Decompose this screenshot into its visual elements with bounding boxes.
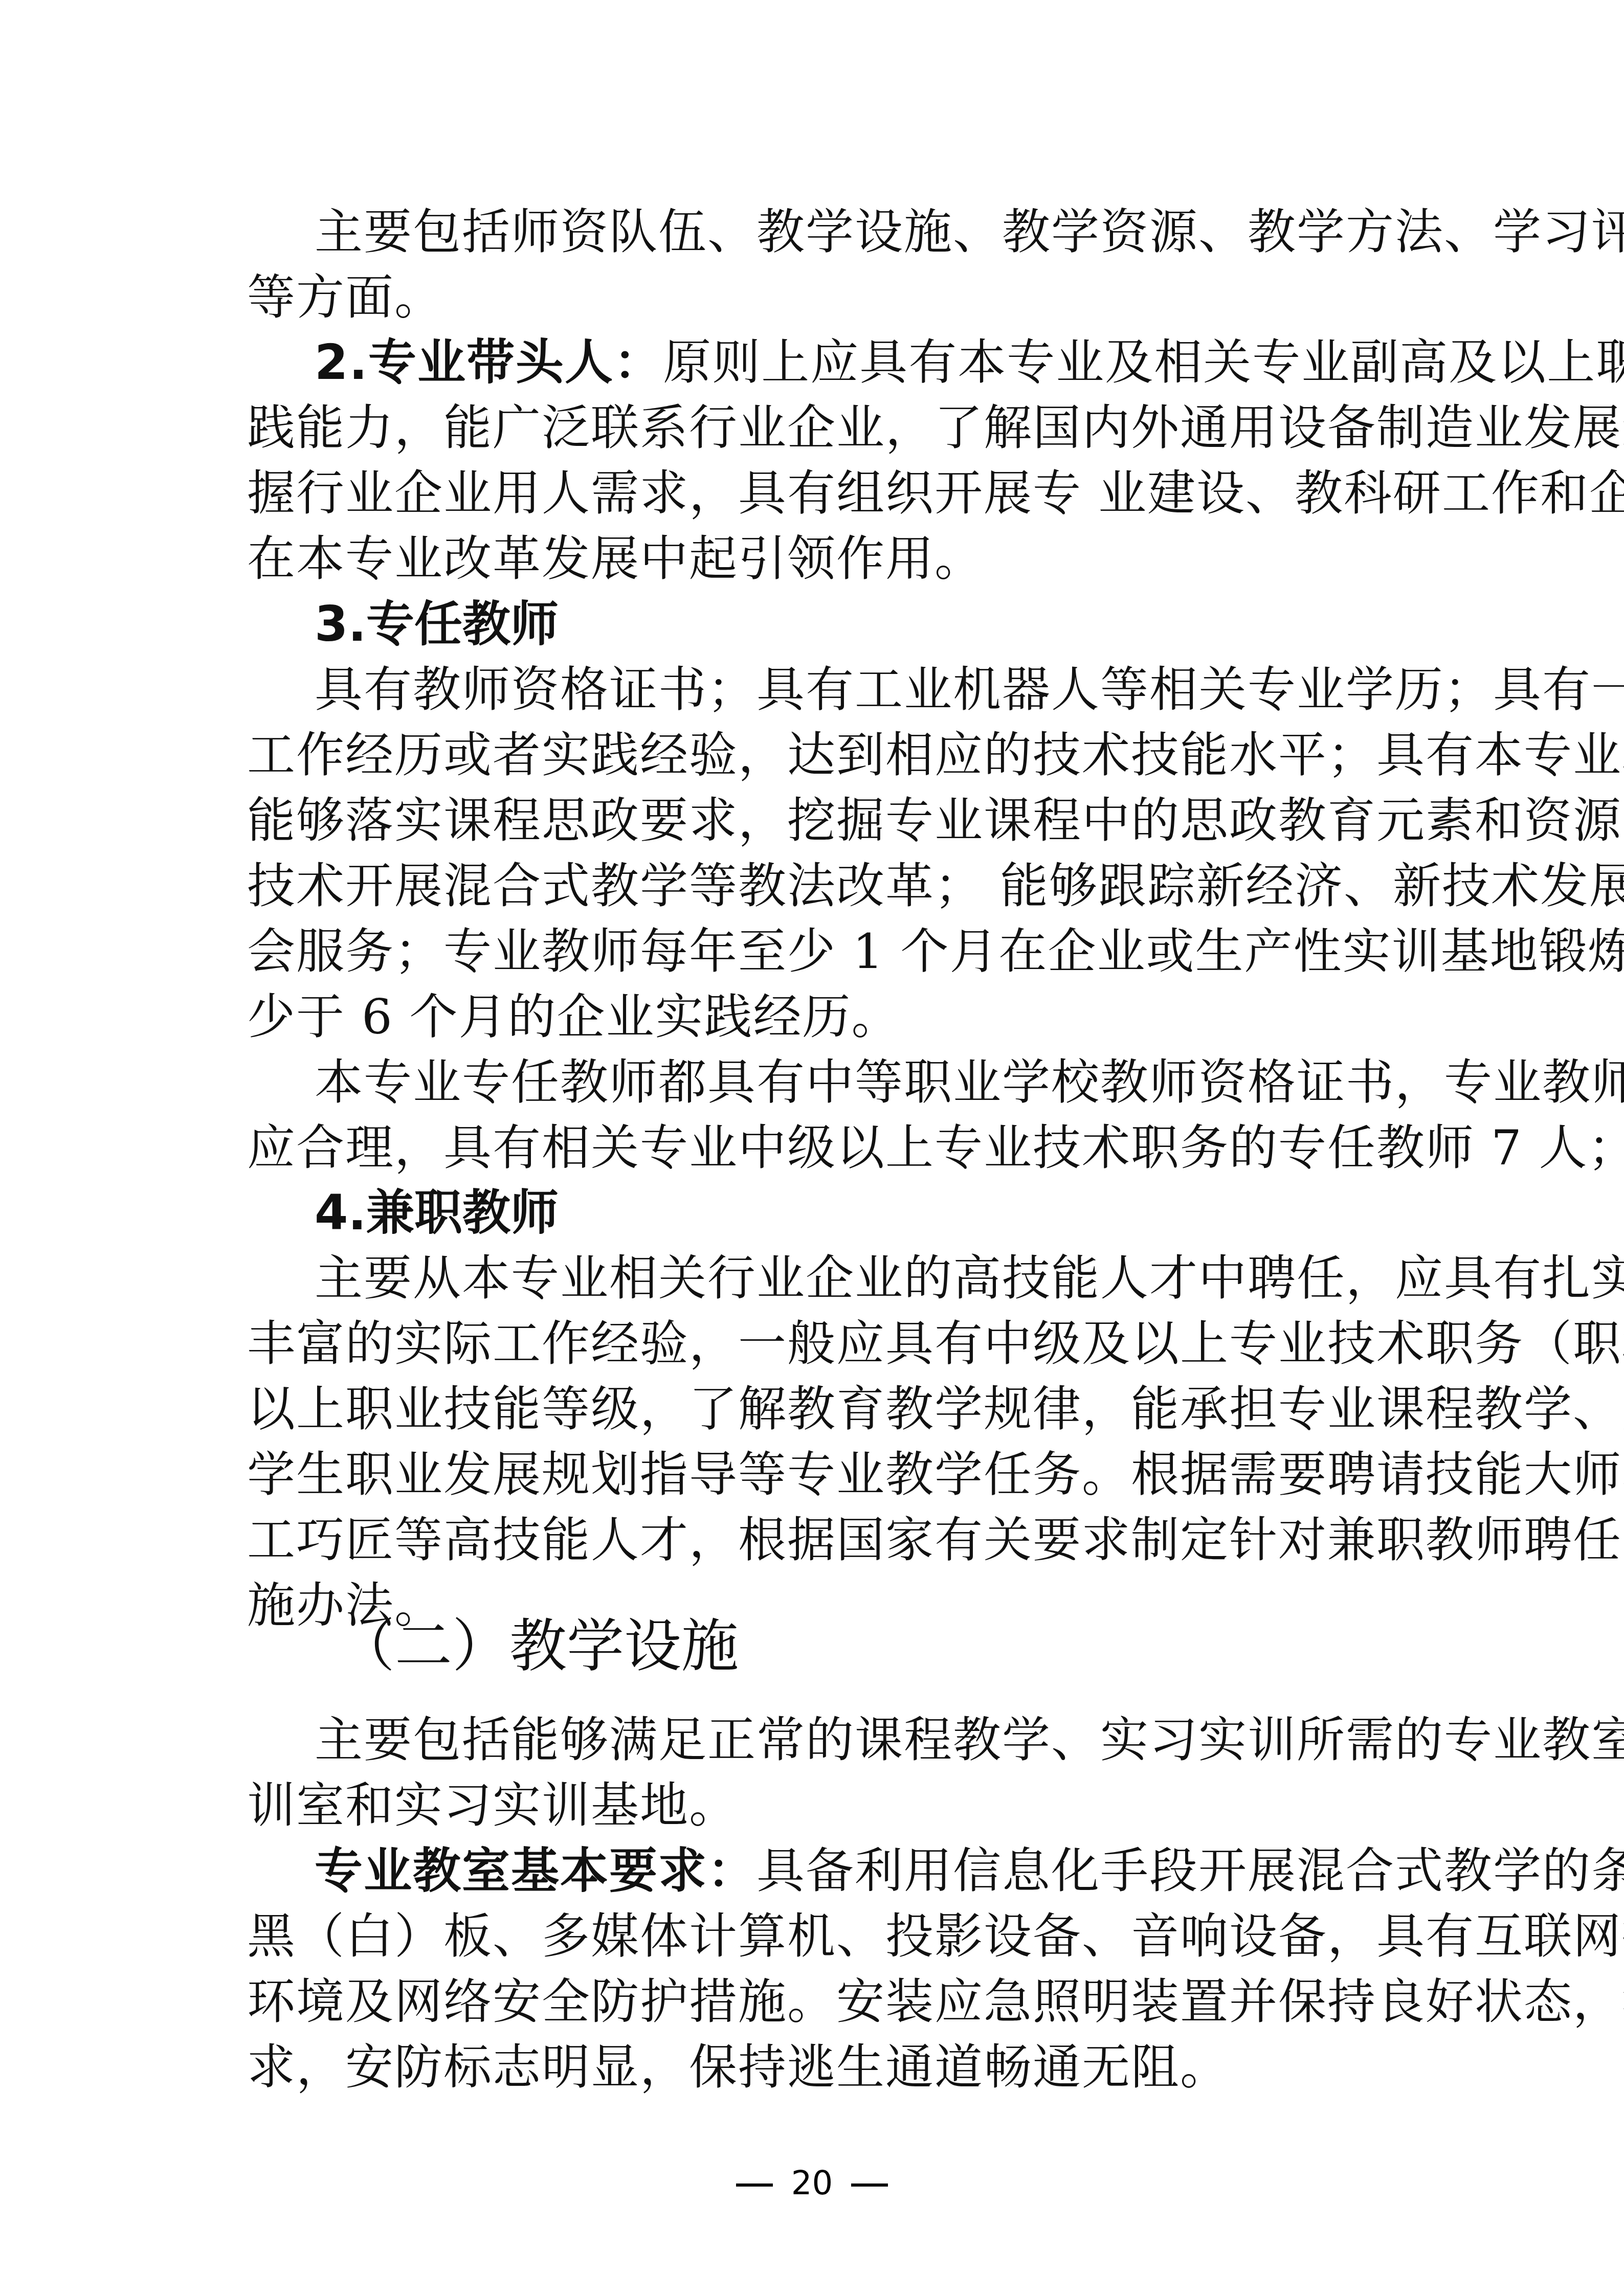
paragraph-full-time-line-2: 工作经历或者实践经验，达到相应的技术技能水平；具有本专业理论和实践能力；	[247, 723, 1383, 789]
paragraph-lead-teacher-line-4: 在本专业改革发展中起引领作用。	[247, 527, 1383, 592]
paragraph-part-time-line-5: 工巧匠等高技能人才，根据国家有关要求制定针对兼职教师聘任与管理的具体实	[247, 1508, 1383, 1573]
paragraph-part-time-line-3: 以上职业技能等级，了解教育教学规律，能承担专业课程教学、实习实训指导和	[247, 1377, 1383, 1443]
section-heading-teaching-facilities: （二）教学设施	[338, 1608, 739, 1685]
paragraph-staffing-line-1: 本专业专任教师都具有中等职业学校教师资格证书，专业教师学历职称结构	[315, 1050, 1383, 1116]
paragraph-intro-line-1: 主要包括师资队伍、教学设施、教学资源、教学方法、学习评价、质量管理	[315, 200, 1383, 265]
paragraph-lead-teacher-line-3: 握行业企业用人需求，具有组织开展专 业建设、教科研工作和企业服务的能力，	[247, 461, 1383, 527]
paragraph-full-time-line-1: 具有教师资格证书；具有工业机器人等相关专业学历；具有一定年限的相应	[315, 658, 1383, 723]
paragraph-full-time-line-4: 技术开展混合式教学等教法改革； 能够跟踪新经济、新技术发展前沿，开展社	[247, 854, 1383, 919]
paragraph-part-time-line-2: 丰富的实际工作经验，一般应具有中级及以上专业技术职务（职称）或高级工及	[247, 1312, 1383, 1377]
paragraph-part-time-line-4: 学生职业发展规划指导等专业教学任务。根据需要聘请技能大师、劳动模范、能	[247, 1443, 1383, 1508]
full-time-teacher-heading: 3.专任教师	[315, 592, 559, 658]
paragraph-lead-teacher-line-2: 践能力，能广泛联系行业企业，了解国内外通用设备制造业发展新趋势，准确把	[247, 396, 1383, 461]
paragraph-facilities-line-2: 训室和实习实训基地。	[247, 1773, 1383, 1839]
paragraph-classroom-line-3: 环境及网络安全防护措施。安装应急照明装置并保持良好状态，符合紧急疏散要	[247, 1970, 1383, 2035]
paragraph-intro-line-2: 等方面。	[247, 265, 1383, 331]
part-time-teacher-heading: 4.兼职教师	[315, 1181, 559, 1246]
paragraph-facilities-line-1: 主要包括能够满足正常的课程教学、实习实训所需的专业教室、实验室、实	[315, 1708, 1383, 1773]
paragraph-full-time-line-3: 能够落实课程思政要求，挖掘专业课程中的思政教育元素和资源；能够运用信息	[247, 789, 1383, 854]
classroom-requirements-heading: 专业教室基本要求：	[315, 1843, 757, 1899]
dash-left-icon	[736, 2184, 773, 2187]
paragraph-part-time-line-1: 主要从本专业相关行业企业的高技能人才中聘任，应具有扎实的专业知识和	[315, 1246, 1383, 1312]
document-page: 主要包括师资队伍、教学设施、教学资源、教学方法、学习评价、质量管理 等方面。 2…	[0, 0, 1624, 2296]
page-number: 20	[791, 2165, 833, 2202]
lead-teacher-heading: 2.专业带头人：	[315, 335, 663, 391]
lead-teacher-text: 原则上应具有本专业及相关专业副高及以上职称和较强的实	[663, 335, 1624, 391]
paragraph-full-time-line-6: 少于 6 个月的企业实践经历。	[247, 985, 1383, 1050]
paragraph-full-time-line-5: 会服务；专业教师每年至少 1 个月在企业或生产性实训基地锻炼，每 5 年累计不	[247, 919, 1383, 985]
paragraph-staffing-line-2: 应合理，具有相关专业中级以上专业技术职务的专任教师 7 人；	[247, 1116, 1383, 1181]
paragraph-classroom-line-4: 求，安防标志明显，保持逃生通道畅通无阻。	[247, 2035, 1383, 2101]
page-number-footer: 20	[0, 2148, 1624, 2219]
classroom-requirements-text: 具备利用信息化手段开展混合式教学的条件。一般配备	[757, 1843, 1624, 1899]
paragraph-classroom-line-2: 黑（白）板、多媒体计算机、投影设备、音响设备，具有互联网接入或无线网络	[247, 1904, 1383, 1970]
paragraph-lead-teacher-line-1: 2.专业带头人：原则上应具有本专业及相关专业副高及以上职称和较强的实	[315, 330, 1383, 396]
paragraph-classroom-line-1: 专业教室基本要求：具备利用信息化手段开展混合式教学的条件。一般配备	[315, 1839, 1383, 1904]
dash-right-icon	[851, 2184, 888, 2187]
